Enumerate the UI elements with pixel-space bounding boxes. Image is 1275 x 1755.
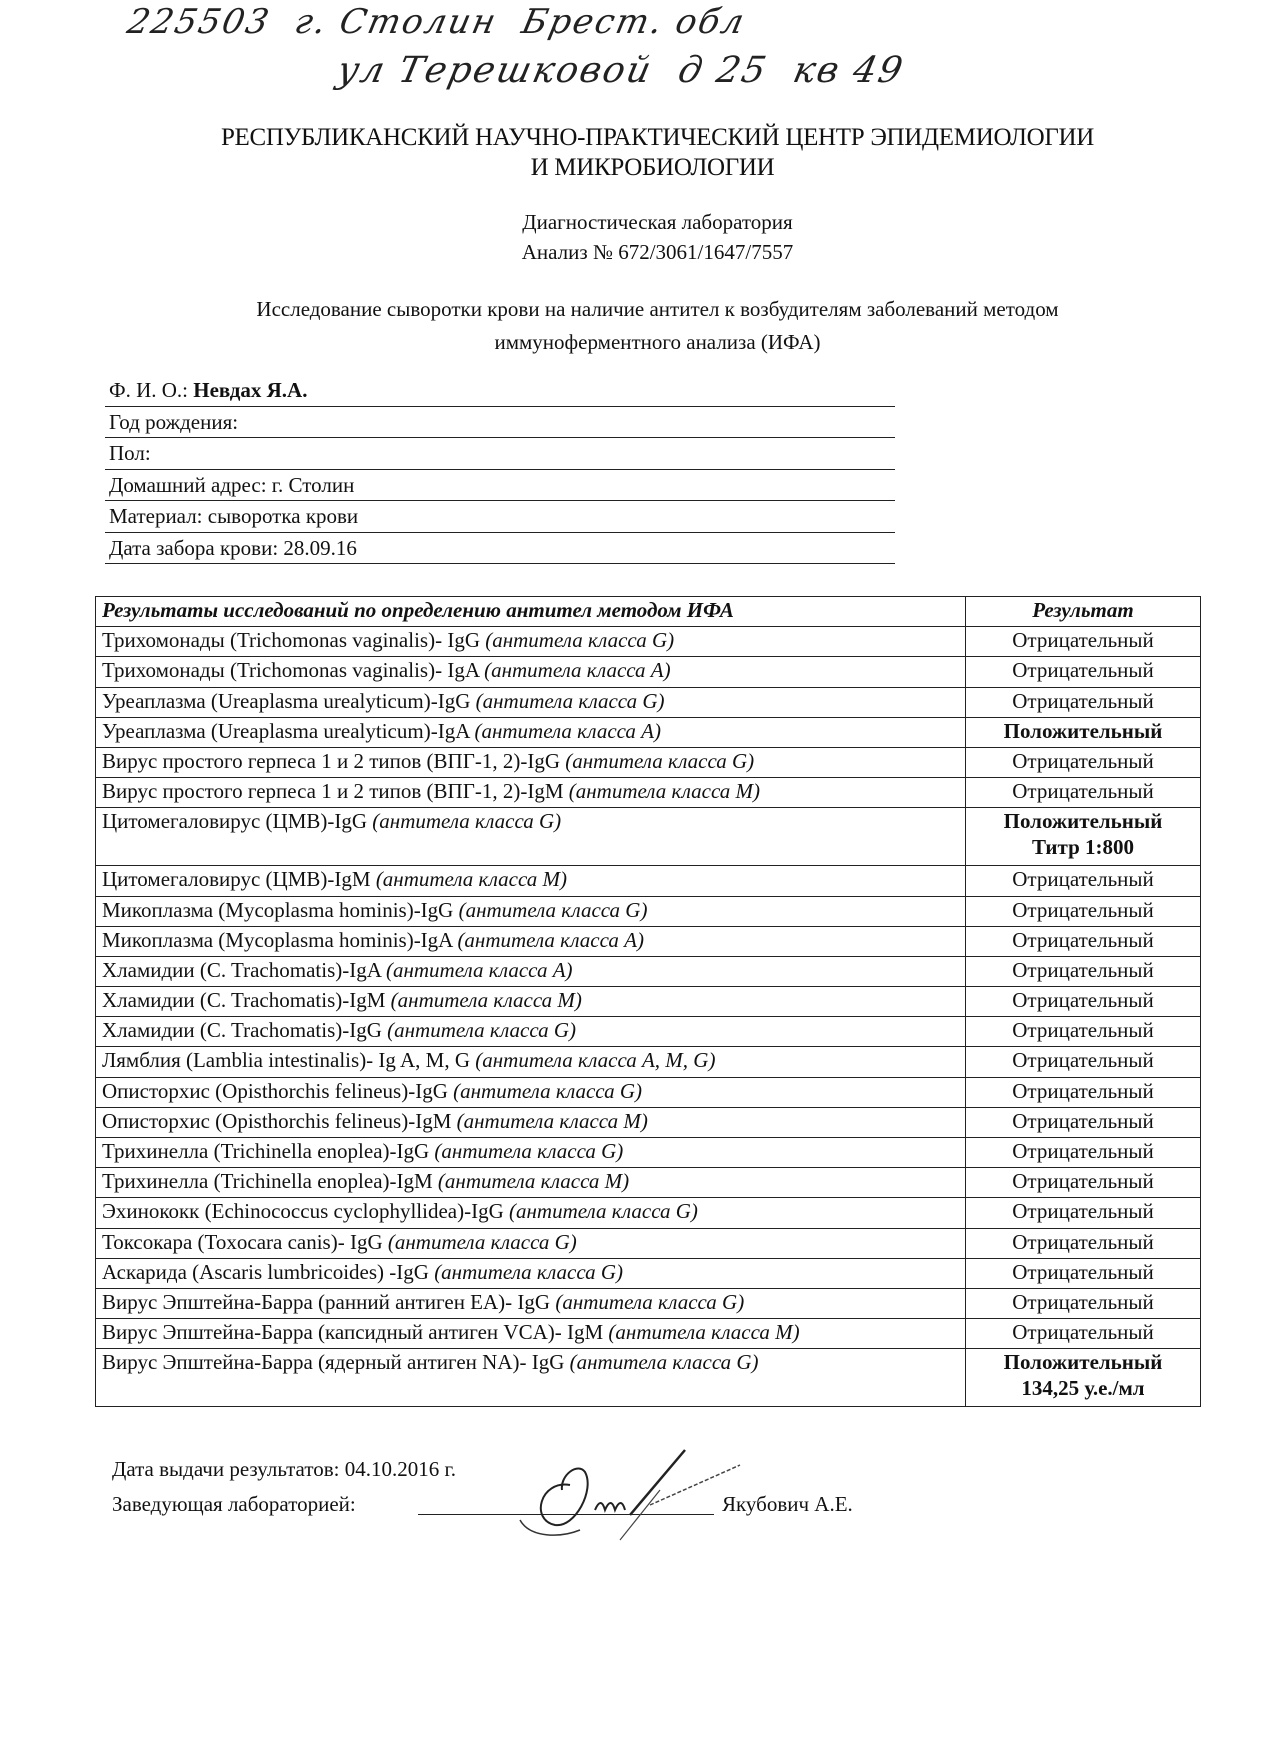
- test-name: Аскарида (Ascaris lumbricoides) -IgG (ан…: [96, 1258, 966, 1288]
- test-name: Микоплазма (Mycoplasma hominis)-IgA (ант…: [96, 926, 966, 956]
- signature-icon: [500, 1430, 760, 1550]
- test-label: Описторхис (Opisthorchis felineus)-IgM: [102, 1109, 457, 1133]
- test-name: Хламидии (C. Trachomatis)-IgM (антитела …: [96, 987, 966, 1017]
- result-value: Отрицательный: [972, 957, 1194, 983]
- patient-name-row: Ф. И. О.: Невдах Я.А.: [105, 375, 895, 407]
- test-name: Лямблия (Lamblia intestinalis)- Ig A, M,…: [96, 1047, 966, 1077]
- table-row: Микоплазма (Mycoplasma hominis)-IgG (ант…: [96, 896, 1201, 926]
- material-row: Материал: сыворотка крови: [105, 501, 895, 533]
- result-value: Отрицательный: [972, 1259, 1194, 1285]
- test-result: Отрицательный: [966, 778, 1201, 808]
- table-row: Хламидии (C. Trachomatis)-IgM (антитела …: [96, 987, 1201, 1017]
- result-extra: 134,25 у.е./мл: [972, 1375, 1194, 1401]
- results-table: Результаты исследований по определению а…: [95, 596, 1201, 1407]
- table-row: Вирус Эпштейна-Барра (ядерный антиген NA…: [96, 1349, 1201, 1407]
- antibody-class: (антитела класса G): [387, 1018, 576, 1042]
- antibody-class: (антитела класса G): [459, 898, 648, 922]
- test-result: Отрицательный: [966, 687, 1201, 717]
- antibody-class: (антитела класса A): [484, 658, 671, 682]
- table-row: Эхинококк (Echinococcus cyclophyllidea)-…: [96, 1198, 1201, 1228]
- test-result: Отрицательный: [966, 1198, 1201, 1228]
- test-name: Трихомонады (Trichomonas vaginalis)- IgA…: [96, 657, 966, 687]
- test-result: Отрицательный: [966, 1077, 1201, 1107]
- test-label: Токсокара (Toxocara canis)- IgG: [102, 1230, 388, 1254]
- patient-name-value: Невдах Я.А.: [193, 378, 307, 402]
- result-value: Отрицательный: [972, 778, 1194, 804]
- test-result: ПоложительныйТитр 1:800: [966, 808, 1201, 866]
- result-value: Положительный: [972, 808, 1194, 834]
- test-name: Вирус простого герпеса 1 и 2 типов (ВПГ-…: [96, 747, 966, 777]
- test-label: Вирус простого герпеса 1 и 2 типов (ВПГ-…: [102, 779, 569, 803]
- antibody-class: (антитела класса A): [386, 958, 573, 982]
- test-name: Вирус Эпштейна-Барра (капсидный антиген …: [96, 1319, 966, 1349]
- antibody-class: (антитела класса G): [509, 1199, 698, 1223]
- test-label: Трихомонады (Trichomonas vaginalis)- IgG: [102, 628, 485, 652]
- antibody-class: (антитела класса A): [474, 719, 661, 743]
- test-label: Уреаплазма (Ureaplasma urealyticum)-IgG: [102, 689, 476, 713]
- test-label: Хламидии (C. Trachomatis)-IgM: [102, 988, 391, 1012]
- antibody-class: (антитела класса G): [565, 749, 754, 773]
- test-name: Вирус Эпштейна-Барра (ранний антиген EA)…: [96, 1288, 966, 1318]
- header-result: Результат: [966, 597, 1201, 627]
- test-result: Отрицательный: [966, 627, 1201, 657]
- test-label: Цитомегаловирус (ЦМВ)-IgM: [102, 867, 376, 891]
- test-label: Аскарида (Ascaris lumbricoides) -IgG: [102, 1260, 434, 1284]
- test-name: Уреаплазма (Ureaplasma urealyticum)-IgG …: [96, 687, 966, 717]
- test-label: Вирус Эпштейна-Барра (ядерный антиген NA…: [102, 1350, 570, 1374]
- antibody-class: (антитела класса G): [453, 1079, 642, 1103]
- test-label: Уреаплазма (Ureaplasma urealyticum)-IgA: [102, 719, 474, 743]
- table-row: Хламидии (C. Trachomatis)-IgA (антитела …: [96, 956, 1201, 986]
- antibody-class: (антитела класса G): [485, 628, 674, 652]
- test-name: Микоплазма (Mycoplasma hominis)-IgG (ант…: [96, 896, 966, 926]
- test-label: Микоплазма (Mycoplasma hominis)-IgG: [102, 898, 459, 922]
- address-row: Домашний адрес: г. Столин: [105, 470, 895, 502]
- table-row: Трихомонады (Trichomonas vaginalis)- IgG…: [96, 627, 1201, 657]
- result-value: Отрицательный: [972, 1229, 1194, 1255]
- test-result: Отрицательный: [966, 926, 1201, 956]
- handwritten-address-line2: ул Терешковой д 25 кв 49: [334, 50, 908, 91]
- result-value: Отрицательный: [972, 1047, 1194, 1073]
- result-value: Отрицательный: [972, 1168, 1194, 1194]
- table-row: Вирус Эпштейна-Барра (капсидный антиген …: [96, 1319, 1201, 1349]
- antibody-class: (антитела класса G): [570, 1350, 759, 1374]
- test-name: Цитомегаловирус (ЦМВ)-IgM (антитела клас…: [96, 866, 966, 896]
- result-value: Отрицательный: [972, 866, 1194, 892]
- test-name: Токсокара (Toxocara canis)- IgG (антител…: [96, 1228, 966, 1258]
- antibody-class: (антитела класса G): [388, 1230, 577, 1254]
- table-row: Описторхис (Opisthorchis felineus)-IgM (…: [96, 1107, 1201, 1137]
- antibody-class: (антитела класса M): [608, 1320, 799, 1344]
- test-name: Эхинококк (Echinococcus cyclophyllidea)-…: [96, 1198, 966, 1228]
- antibody-class: (антитела класса M): [438, 1169, 629, 1193]
- study-title-line2: иммуноферментного анализа (ИФА): [0, 330, 1275, 355]
- result-value: Отрицательный: [972, 1289, 1194, 1315]
- table-header-row: Результаты исследований по определению а…: [96, 597, 1201, 627]
- table-row: Вирус простого герпеса 1 и 2 типов (ВПГ-…: [96, 778, 1201, 808]
- table-row: Трихинелла (Trichinella enoplea)-IgM (ан…: [96, 1168, 1201, 1198]
- study-title: Исследование сыворотки крови на наличие …: [0, 297, 1275, 322]
- test-name: Трихинелла (Trichinella enoplea)-IgM (ан…: [96, 1168, 966, 1198]
- test-label: Хламидии (C. Trachomatis)-IgG: [102, 1018, 387, 1042]
- test-name: Трихинелла (Trichinella enoplea)-IgG (ан…: [96, 1138, 966, 1168]
- table-row: Лямблия (Lamblia intestinalis)- Ig A, M,…: [96, 1047, 1201, 1077]
- test-result: Отрицательный: [966, 1258, 1201, 1288]
- test-label: Описторхис (Opisthorchis felineus)-IgG: [102, 1079, 453, 1103]
- table-row: Вирус Эпштейна-Барра (ранний антиген EA)…: [96, 1288, 1201, 1318]
- test-result: Отрицательный: [966, 1168, 1201, 1198]
- test-result: Отрицательный: [966, 1017, 1201, 1047]
- result-value: Положительный: [972, 1349, 1194, 1375]
- table-row: Цитомегаловирус (ЦМВ)-IgM (антитела клас…: [96, 866, 1201, 896]
- test-result: Отрицательный: [966, 1047, 1201, 1077]
- test-result: Отрицательный: [966, 1319, 1201, 1349]
- test-name: Хламидии (C. Trachomatis)-IgA (антитела …: [96, 956, 966, 986]
- antibody-class: (антитела класса G): [476, 689, 665, 713]
- birth-year-row: Год рождения:: [105, 407, 895, 439]
- result-value: Отрицательный: [972, 748, 1194, 774]
- test-name: Трихомонады (Trichomonas vaginalis)- IgG…: [96, 627, 966, 657]
- table-row: Цитомегаловирус (ЦМВ)-IgG (антитела клас…: [96, 808, 1201, 866]
- antibody-class: (антитела класса A): [457, 928, 644, 952]
- test-result: Отрицательный: [966, 747, 1201, 777]
- test-result: Отрицательный: [966, 1228, 1201, 1258]
- test-label: Вирус Эпштейна-Барра (капсидный антиген …: [102, 1320, 608, 1344]
- collection-date-row: Дата забора крови: 28.09.16: [105, 533, 895, 565]
- result-value: Отрицательный: [972, 688, 1194, 714]
- test-label: Хламидии (C. Trachomatis)-IgA: [102, 958, 386, 982]
- test-result: Отрицательный: [966, 1107, 1201, 1137]
- analysis-number: Анализ № 672/3061/1647/7557: [0, 240, 1275, 265]
- test-result: Отрицательный: [966, 1288, 1201, 1318]
- antibody-class: (антитела класса G): [555, 1290, 744, 1314]
- test-result: Отрицательный: [966, 1138, 1201, 1168]
- antibody-class: (антитела класса G): [434, 1139, 623, 1163]
- test-label: Трихинелла (Trichinella enoplea)-IgG: [102, 1139, 434, 1163]
- laboratory-name: Диагностическая лаборатория: [0, 210, 1275, 235]
- test-result: Отрицательный: [966, 956, 1201, 986]
- test-label: Цитомегаловирус (ЦМВ)-IgG: [102, 809, 372, 833]
- test-label: Вирус простого герпеса 1 и 2 типов (ВПГ-…: [102, 749, 565, 773]
- test-result: Отрицательный: [966, 866, 1201, 896]
- organization-name-line2: И МИКРОБИОЛОГИИ: [0, 150, 1275, 186]
- test-name: Описторхис (Opisthorchis felineus)-IgM (…: [96, 1107, 966, 1137]
- antibody-class: (антитела класса G): [434, 1260, 623, 1284]
- patient-name-label: Ф. И. О.:: [109, 378, 193, 402]
- table-row: Трихомонады (Trichomonas vaginalis)- IgA…: [96, 657, 1201, 687]
- head-of-lab-label: Заведующая лабораторией:: [112, 1492, 356, 1517]
- test-name: Вирус простого герпеса 1 и 2 типов (ВПГ-…: [96, 778, 966, 808]
- test-name: Вирус Эпштейна-Барра (ядерный антиген NA…: [96, 1349, 966, 1407]
- result-value: Отрицательный: [972, 1198, 1194, 1224]
- antibody-class: (антитела класса M): [391, 988, 582, 1012]
- test-name: Хламидии (C. Trachomatis)-IgG (антитела …: [96, 1017, 966, 1047]
- table-row: Трихинелла (Trichinella enoplea)-IgG (ан…: [96, 1138, 1201, 1168]
- antibody-class: (антитела класса M): [569, 779, 760, 803]
- antibody-class: (антитела класса A, M, G): [475, 1048, 715, 1072]
- test-result: Отрицательный: [966, 657, 1201, 687]
- result-value: Отрицательный: [972, 1319, 1194, 1345]
- test-label: Лямблия (Lamblia intestinalis)- Ig A, M,…: [102, 1048, 475, 1072]
- result-value: Отрицательный: [972, 897, 1194, 923]
- handwritten-address-line1: 225503 г. Столин Брест. обл: [124, 2, 750, 42]
- test-result: Положительный: [966, 717, 1201, 747]
- result-value: Отрицательный: [972, 1078, 1194, 1104]
- test-result: Отрицательный: [966, 987, 1201, 1017]
- test-label: Трихомонады (Trichomonas vaginalis)- IgA: [102, 658, 484, 682]
- table-row: Вирус простого герпеса 1 и 2 типов (ВПГ-…: [96, 747, 1201, 777]
- result-value: Отрицательный: [972, 1017, 1194, 1043]
- table-row: Уреаплазма (Ureaplasma urealyticum)-IgA …: [96, 717, 1201, 747]
- result-value: Отрицательный: [972, 987, 1194, 1013]
- test-label: Микоплазма (Mycoplasma hominis)-IgA: [102, 928, 457, 952]
- result-extra: Титр 1:800: [972, 834, 1194, 860]
- result-value: Отрицательный: [972, 927, 1194, 953]
- test-label: Вирус Эпштейна-Барра (ранний антиген EA)…: [102, 1290, 555, 1314]
- result-value: Положительный: [972, 718, 1194, 744]
- test-result: Положительный134,25 у.е./мл: [966, 1349, 1201, 1407]
- patient-info: Ф. И. О.: Невдах Я.А. Год рождения: Пол:…: [105, 375, 895, 564]
- test-label: Трихинелла (Trichinella enoplea)-IgM: [102, 1169, 438, 1193]
- test-name: Цитомегаловирус (ЦМВ)-IgG (антитела клас…: [96, 808, 966, 866]
- result-value: Отрицательный: [972, 657, 1194, 683]
- header-test: Результаты исследований по определению а…: [96, 597, 966, 627]
- table-row: Уреаплазма (Ureaplasma urealyticum)-IgG …: [96, 687, 1201, 717]
- antibody-class: (антитела класса G): [372, 809, 561, 833]
- table-row: Микоплазма (Mycoplasma hominis)-IgA (ант…: [96, 926, 1201, 956]
- table-row: Токсокара (Toxocara canis)- IgG (антител…: [96, 1228, 1201, 1258]
- sex-row: Пол:: [105, 438, 895, 470]
- test-name: Уреаплазма (Ureaplasma urealyticum)-IgA …: [96, 717, 966, 747]
- table-row: Аскарида (Ascaris lumbricoides) -IgG (ан…: [96, 1258, 1201, 1288]
- test-name: Описторхис (Opisthorchis felineus)-IgG (…: [96, 1077, 966, 1107]
- antibody-class: (антитела класса M): [376, 867, 567, 891]
- result-value: Отрицательный: [972, 627, 1194, 653]
- antibody-class: (антитела класса M): [457, 1109, 648, 1133]
- table-row: Хламидии (C. Trachomatis)-IgG (антитела …: [96, 1017, 1201, 1047]
- test-result: Отрицательный: [966, 896, 1201, 926]
- table-row: Описторхис (Opisthorchis felineus)-IgG (…: [96, 1077, 1201, 1107]
- issue-date: Дата выдачи результатов: 04.10.2016 г.: [112, 1457, 456, 1482]
- result-value: Отрицательный: [972, 1108, 1194, 1134]
- result-value: Отрицательный: [972, 1138, 1194, 1164]
- test-label: Эхинококк (Echinococcus cyclophyllidea)-…: [102, 1199, 509, 1223]
